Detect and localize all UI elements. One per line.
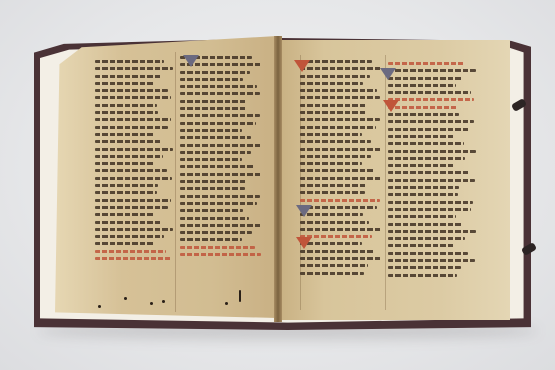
parchment-hole	[150, 302, 153, 305]
right-page-column-2	[388, 62, 476, 281]
script-line	[180, 92, 260, 95]
script-line	[300, 162, 362, 165]
script-line	[388, 62, 465, 65]
script-line	[388, 215, 456, 218]
script-line	[388, 113, 459, 116]
script-line	[388, 128, 470, 131]
script-line	[388, 244, 455, 247]
parchment-hole	[98, 305, 101, 308]
script-line	[95, 235, 164, 238]
script-line	[95, 221, 161, 224]
script-line	[388, 193, 458, 196]
script-line	[388, 208, 471, 211]
script-line	[95, 82, 155, 85]
script-line	[180, 122, 256, 125]
script-line	[180, 129, 242, 132]
script-line	[388, 201, 473, 204]
script-line	[388, 91, 471, 94]
parchment-hole	[162, 300, 165, 303]
script-line	[180, 217, 249, 220]
script-line	[180, 180, 246, 183]
script-line	[300, 96, 380, 99]
script-line	[388, 171, 469, 174]
script-line	[95, 199, 171, 202]
script-line	[388, 179, 475, 182]
script-line	[300, 60, 372, 63]
script-line	[300, 89, 377, 92]
script-line	[180, 202, 257, 205]
left-page-column-1	[95, 60, 173, 264]
script-line	[95, 111, 158, 114]
script-line	[300, 257, 381, 260]
script-line	[95, 155, 163, 158]
script-line	[300, 104, 366, 107]
script-line	[300, 82, 363, 85]
script-line	[300, 221, 369, 224]
script-line	[388, 135, 455, 138]
script-line	[300, 199, 380, 202]
script-line	[95, 184, 158, 187]
script-line	[300, 272, 364, 275]
script-line	[388, 266, 461, 269]
script-line	[95, 96, 171, 99]
script-line	[180, 144, 262, 147]
script-line	[180, 100, 246, 103]
script-line	[300, 169, 375, 172]
script-line	[180, 253, 261, 256]
script-line	[388, 84, 456, 87]
script-line	[388, 237, 465, 240]
script-line	[388, 150, 476, 153]
script-line	[180, 151, 251, 154]
script-line	[95, 162, 154, 165]
script-line	[180, 209, 243, 212]
script-line	[180, 231, 252, 234]
script-line	[95, 89, 168, 92]
script-line	[300, 148, 382, 151]
script-line	[95, 213, 155, 216]
script-line	[180, 85, 257, 88]
script-line	[300, 118, 380, 121]
script-line	[95, 104, 157, 107]
script-line	[180, 195, 260, 198]
parchment-hole	[225, 302, 228, 305]
script-line	[388, 230, 476, 233]
script-line	[300, 191, 365, 194]
script-line	[388, 106, 458, 109]
script-line	[300, 264, 368, 267]
script-line	[95, 228, 173, 231]
script-line	[95, 148, 173, 151]
script-line	[180, 107, 246, 110]
script-line	[388, 77, 463, 80]
parchment-hole	[124, 297, 127, 300]
script-line	[388, 157, 465, 160]
right-page-column-1	[300, 60, 382, 279]
left-page-column-2	[180, 56, 262, 260]
ruling-line	[175, 52, 176, 312]
script-line	[180, 246, 255, 249]
script-line	[95, 67, 173, 70]
script-line	[388, 120, 474, 123]
script-line	[388, 98, 474, 101]
script-line	[388, 259, 475, 262]
script-line	[95, 133, 154, 136]
script-line	[300, 75, 370, 78]
script-line	[95, 250, 166, 253]
script-line	[300, 133, 362, 136]
script-line	[180, 238, 242, 241]
script-line	[95, 126, 168, 129]
script-line	[95, 242, 154, 245]
script-line	[180, 173, 261, 176]
script-line	[300, 206, 377, 209]
script-line	[300, 177, 381, 180]
script-line	[388, 186, 459, 189]
script-line	[300, 126, 376, 129]
script-line	[95, 118, 171, 121]
script-line	[95, 191, 157, 194]
script-line	[300, 111, 366, 114]
script-line	[180, 71, 250, 74]
script-line	[388, 223, 462, 226]
script-line	[95, 169, 167, 172]
parchment-mark	[239, 290, 241, 302]
script-line	[180, 114, 260, 117]
script-line	[95, 257, 172, 260]
script-line	[95, 206, 168, 209]
script-line	[180, 136, 251, 139]
script-line	[388, 164, 455, 167]
ruling-line	[385, 55, 386, 310]
gutter	[274, 36, 282, 322]
script-line	[180, 78, 243, 81]
script-line	[388, 69, 476, 72]
script-line	[95, 60, 164, 63]
script-line	[388, 252, 468, 255]
script-line	[388, 142, 464, 145]
script-line	[300, 228, 382, 231]
script-line	[388, 274, 457, 277]
script-line	[300, 140, 371, 143]
script-line	[95, 140, 162, 143]
script-line	[180, 158, 242, 161]
script-line	[300, 184, 366, 187]
script-line	[300, 67, 382, 70]
script-line	[300, 155, 371, 158]
script-line	[180, 187, 245, 190]
script-line	[300, 250, 375, 253]
script-line	[300, 242, 362, 245]
script-line	[180, 224, 262, 227]
script-line	[300, 213, 363, 216]
script-line	[95, 75, 161, 78]
script-line	[95, 177, 172, 180]
script-line	[180, 165, 255, 168]
